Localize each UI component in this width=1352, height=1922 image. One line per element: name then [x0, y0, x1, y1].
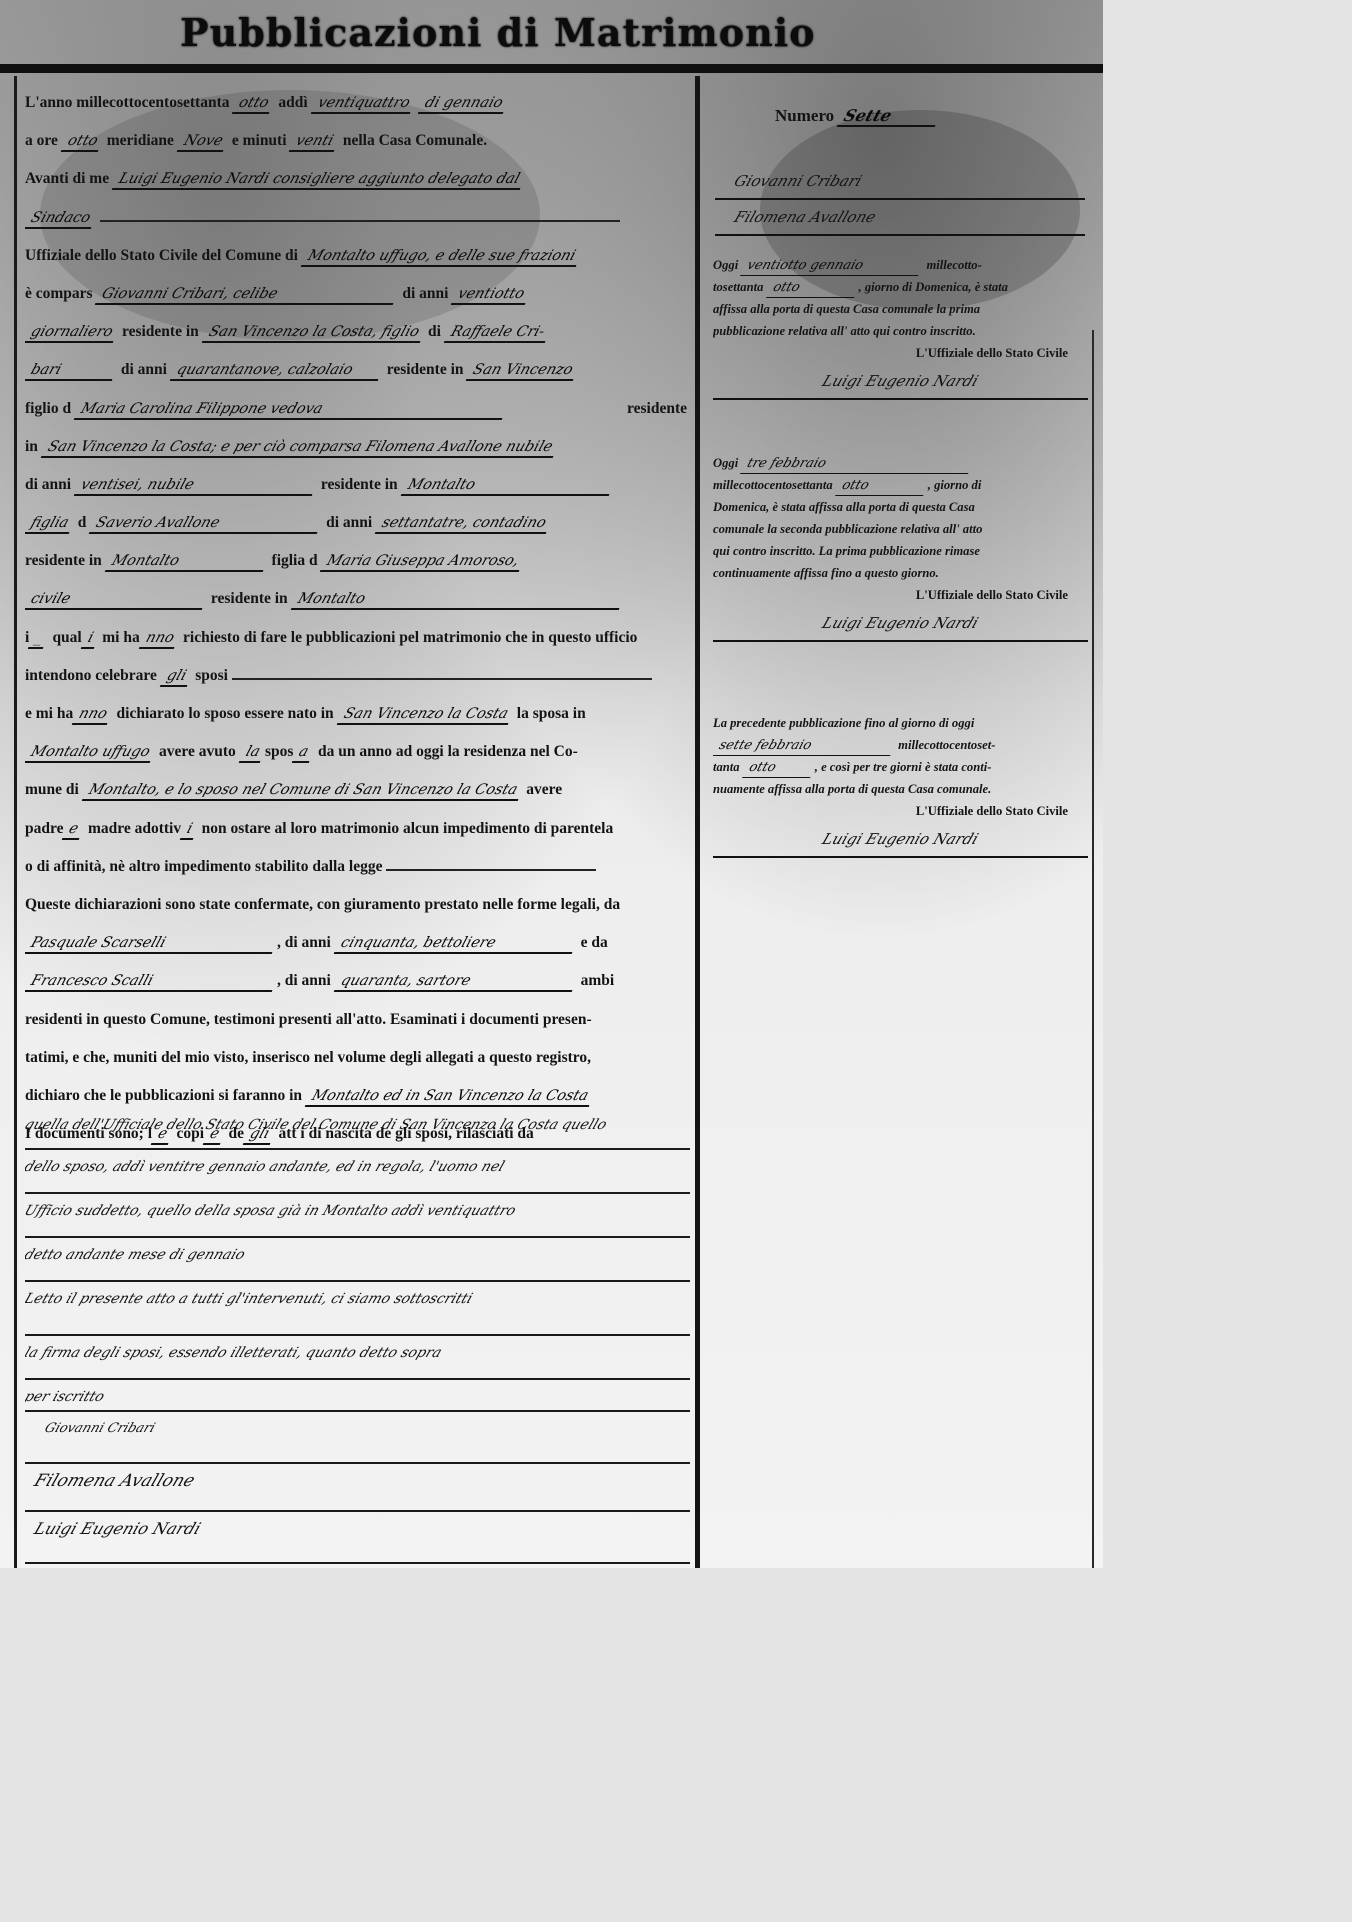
officer-signature: Luigi Eugenio Nardi — [713, 364, 1088, 400]
form-line-officer: Avanti di me Luigi Eugenio Nardi consigl… — [25, 160, 687, 198]
handwritten-article: gli — [160, 667, 193, 687]
handwritten-witness-2-age: quaranta, sartore — [333, 972, 577, 992]
handwritten-residence: San Vincenzo — [466, 361, 580, 381]
handwritten-note-line: quella dell'Ufficiale dello Stato Civile… — [25, 1108, 690, 1150]
printed-text: residente — [627, 390, 687, 428]
form-line-celebrate: intendono celebrare gli sposi — [25, 657, 687, 695]
printed-text: addì — [278, 94, 307, 111]
printed-text: mi ha — [102, 629, 139, 646]
record-number-value: Sette — [837, 107, 941, 127]
handwritten-bride-age: ventisei, nubile — [74, 476, 318, 496]
handwritten-note-line: detto andante mese di gennaio — [25, 1238, 690, 1282]
form-line-bride-age: di anni ventisei, nubile residente in Mo… — [25, 466, 687, 504]
third-publication-notice: La precedente pubblicazione fino al gior… — [713, 712, 1088, 858]
printed-text: figlia d — [272, 552, 318, 569]
form-line-witness-2: Francesco Scalli, di anni quaranta, sart… — [25, 962, 687, 1000]
form-line-affinity: o di affinità, nè altro impedimento stab… — [25, 848, 687, 886]
printed-text: di anni — [25, 476, 71, 493]
printed-text: , di anni — [277, 972, 331, 989]
form-line-residents: residenti in questo Comune, testimoni pr… — [25, 1001, 687, 1039]
form-line-declarations: Queste dichiarazioni sono state conferma… — [25, 886, 687, 924]
handwritten-note-line: dello sposo, addì ventitre gennaio andan… — [25, 1150, 690, 1194]
handwritten-residence-detail: Montalto, e lo sposo nel Comune di San V… — [81, 781, 523, 801]
handwritten-residence: San Vincenzo la Costa, figlio — [201, 323, 425, 343]
form-line-groom-residence: giornaliero residente in San Vincenzo la… — [25, 313, 687, 351]
fill-line — [386, 855, 596, 871]
handwritten-groom-name: Giovanni Cribari, celibe — [95, 285, 399, 305]
party-name-groom: Giovanni Cribari — [715, 164, 1085, 200]
page-title: Pubblicazioni di Matrimonio — [180, 10, 880, 55]
printed-text: residente in — [25, 552, 102, 569]
printed-text: tatimi, e che, muniti del mio visto, ins… — [25, 1049, 591, 1066]
printed-text: e mi ha — [25, 705, 73, 722]
handwritten-suffix: _ — [28, 629, 50, 649]
officer-signature: Luigi Eugenio Nardi — [713, 606, 1088, 642]
handwritten-text: Sindaco — [25, 209, 97, 229]
signature-line-groom: Giovanni Cribari — [25, 1412, 690, 1464]
printed-text: qual — [52, 629, 81, 646]
signature-line-officer: Luigi Eugenio Nardi — [25, 1512, 690, 1564]
blank-line — [25, 1564, 690, 1568]
form-line-witness-1: Pasquale Scarselli, di anni cinquanta, b… — [25, 924, 687, 962]
printed-text: residenti in questo Comune, testimoni pr… — [25, 1011, 592, 1028]
form-line-impediment: padree madre adottivi non ostare al loro… — [25, 810, 687, 848]
handwritten-suffix: i — [81, 629, 100, 649]
printed-text: richiesto di fare le pubblicazioni pel m… — [183, 629, 637, 646]
handwritten-year: otto — [835, 477, 929, 496]
party-name-bride: Filomena Avallone — [715, 200, 1085, 236]
handwritten-bride-father-age: settantatre, contadino — [375, 514, 553, 534]
header-rule — [0, 64, 1103, 73]
fill-line — [100, 206, 620, 222]
handwritten-comune: Montalto uffugo, e delle sue frazioni — [301, 247, 582, 267]
handwritten-bride-mother: Maria Giuseppa Amoroso, — [320, 552, 526, 572]
officer-label: L'Uffiziale dello Stato Civile — [713, 584, 1088, 606]
printed-text: e da — [581, 934, 608, 951]
form-line-documents-volume: tatimi, e che, muniti del mio visto, ins… — [25, 1039, 687, 1077]
second-publication-notice: Oggi tre febbraio millecottocentosettant… — [713, 452, 1088, 642]
handwritten-bride-intro: San Vincenzo la Costa; e per ciò compars… — [41, 438, 559, 458]
handwritten-article: la — [238, 743, 266, 763]
form-line-mother: figlio d Maria Carolina Filippone vedova… — [25, 390, 687, 428]
printed-text: in — [25, 438, 38, 455]
party-names: Giovanni Cribari Filomena Avallone — [715, 164, 1085, 236]
form-line-time: a ore otto meridiane Nove e minuti venti… — [25, 122, 687, 160]
printed-text: d — [78, 514, 87, 531]
form-line-birthplace: e mi hanno dichiarato lo sposo essere na… — [25, 695, 687, 733]
handwritten-residence: Montalto — [290, 590, 624, 610]
printed-text: avere avuto — [159, 743, 236, 760]
handwritten-text: figlia — [25, 514, 75, 534]
handwritten-month: di gennaio — [417, 94, 509, 114]
form-line-father-age: bari di anni quarantanove, calzolaio res… — [25, 351, 687, 389]
form-line-residence-year: Montalto uffugo avere avuto lasposa da u… — [25, 733, 687, 771]
printed-text: da un anno ad oggi la residenza nel Co- — [318, 743, 578, 760]
printed-text: residente in — [211, 590, 288, 607]
handwritten-year: otto — [765, 279, 859, 298]
printed-text: di — [428, 323, 441, 340]
form-line-comune-residence: mune di Montalto, e lo sposo nel Comune … — [25, 771, 687, 809]
first-publication-notice: Oggi ventiotto gennaio millecotto- toset… — [713, 254, 1088, 400]
handwritten-mother: Maria Carolina Filippone vedova — [74, 400, 508, 420]
officer-label: L'Uffiziale dello Stato Civile — [713, 800, 1088, 822]
handwritten-suffix: nno — [72, 705, 114, 725]
handwritten-year: otto — [742, 759, 816, 778]
printed-text: nella Casa Comunale. — [343, 132, 487, 149]
printed-text: residente in — [387, 361, 464, 378]
handwritten-witness-1-name: Pasquale Scarselli — [25, 934, 278, 954]
printed-text: L'anno millecottocentosettanta — [25, 94, 229, 111]
printed-text: padre — [25, 820, 63, 837]
printed-text: dichiarato lo sposo essere nato in — [117, 705, 334, 722]
officer-label: L'Uffiziale dello Stato Civile — [713, 342, 1088, 364]
form-line-bride-mother-res: civile residente in Montalto — [25, 580, 687, 618]
handwritten-minutes: venti — [289, 132, 340, 152]
printed-text: Queste dichiarazioni sono state conferma… — [25, 896, 620, 913]
form-line-comune: Uffiziale dello Stato Civile del Comune … — [25, 237, 687, 275]
printed-text: la sposa in — [517, 705, 586, 722]
handwritten-hour: Nove — [177, 132, 230, 152]
printed-text: avere — [526, 781, 562, 798]
handwritten-notes: quella dell'Ufficiale dello Stato Civile… — [25, 1108, 690, 1568]
form-line-bride: in San Vincenzo la Costa; e per ciò comp… — [25, 428, 687, 466]
printed-text: o di affinità, nè altro impedimento stab… — [25, 858, 383, 875]
form-line-year: L'anno millecottocentosettanta otto addì… — [25, 84, 687, 122]
printed-text: residente in — [321, 476, 398, 493]
form-line-request: i_ quali mi hanno richiesto di fare le p… — [25, 619, 687, 657]
left-border — [14, 76, 17, 1568]
handwritten-meridian: otto — [60, 132, 104, 152]
record-number-label: Numero — [775, 106, 834, 125]
printed-text: dichiaro che le pubblicazioni si faranno… — [25, 1087, 302, 1104]
handwritten-date: ventiotto gennaio — [740, 257, 924, 276]
printed-text: ambi — [581, 972, 615, 989]
printed-text: e minuti — [232, 132, 287, 149]
printed-text: è compars — [25, 285, 93, 302]
handwritten-witness-1-age: cinquanta, bettoliere — [333, 934, 577, 954]
handwritten-witness-2-name: Francesco Scalli — [25, 972, 278, 992]
handwritten-text: bari — [25, 361, 118, 381]
printed-text: madre adottiv — [88, 820, 181, 837]
marriage-publication-form: L'anno millecottocentosettanta otto addì… — [25, 84, 687, 1153]
printed-text: Avanti di me — [25, 170, 109, 187]
handwritten-officer-name: Luigi Eugenio Nardi consigliere aggiunto… — [112, 170, 526, 190]
form-line-officer-cont: Sindaco — [25, 199, 687, 237]
handwritten-suffix: e — [62, 820, 85, 840]
handwritten-bride-father: Saverio Avallone — [89, 514, 323, 534]
handwritten-day: ventiquattro — [310, 94, 416, 114]
printed-text: meridiane — [107, 132, 174, 149]
handwritten-groom-age: ventiotto — [451, 285, 531, 305]
handwritten-note-line: la firma degli sposi, essendo illetterat… — [25, 1336, 690, 1380]
fill-line — [232, 664, 652, 680]
printed-text: intendono celebrare — [25, 667, 157, 684]
printed-text: non ostare al loro matrimonio alcun impe… — [202, 820, 614, 837]
handwritten-suffix: i — [180, 820, 199, 840]
handwritten-note-line: Ufficio suddetto, quello della sposa già… — [25, 1194, 690, 1238]
handwritten-suffix: nno — [138, 629, 180, 649]
form-line-bride-father: figlia d Saverio Avallone di anni settan… — [25, 504, 687, 542]
handwritten-profession: giornaliero — [25, 323, 119, 343]
handwritten-year: otto — [232, 94, 276, 114]
handwritten-father: Raffaele Cri- — [444, 323, 551, 343]
printed-text: residente in — [122, 323, 199, 340]
printed-text: Uffiziale dello Stato Civile del Comune … — [25, 247, 298, 264]
signature-line-bride: Filomena Avallone — [25, 1464, 690, 1512]
handwritten-suffix: a — [292, 743, 315, 763]
printed-text: sposi — [195, 667, 228, 684]
printed-text: di anni — [402, 285, 448, 302]
handwritten-note-line: per iscritto — [25, 1380, 690, 1412]
handwritten-date: tre febbraio — [740, 455, 974, 474]
officer-signature: Luigi Eugenio Nardi — [713, 822, 1088, 858]
handwritten-text: civile — [25, 590, 208, 610]
handwritten-bride-residence: Montalto — [400, 476, 614, 496]
handwritten-publication-place: Montalto ed in San Vincenzo la Costa — [305, 1087, 595, 1107]
form-line-groom: è compars Giovanni Cribari, celibe di an… — [25, 275, 687, 313]
handwritten-bride-birthplace: Montalto uffugo — [25, 743, 156, 763]
printed-text: , di anni — [277, 934, 331, 951]
column-divider — [695, 76, 700, 1568]
right-border — [1092, 330, 1094, 1568]
record-number: Numero Sette — [775, 106, 940, 127]
handwritten-residence: Montalto — [104, 552, 268, 572]
printed-text: di anni — [121, 361, 167, 378]
printed-text: a ore — [25, 132, 58, 149]
printed-text: di anni — [326, 514, 372, 531]
printed-text: spos — [265, 743, 293, 760]
handwritten-date: sette febbraio — [713, 737, 896, 756]
handwritten-groom-birthplace: San Vincenzo la Costa — [336, 705, 514, 725]
printed-text: mune di — [25, 781, 79, 798]
form-line-bride-mother: residente in Montalto figlia d Maria Giu… — [25, 542, 687, 580]
printed-text: figlio d — [25, 400, 71, 417]
handwritten-note-line: Letto il presente atto a tutti gl'interv… — [25, 1282, 690, 1336]
handwritten-father-age: quarantanove, calzolaio — [170, 361, 384, 381]
